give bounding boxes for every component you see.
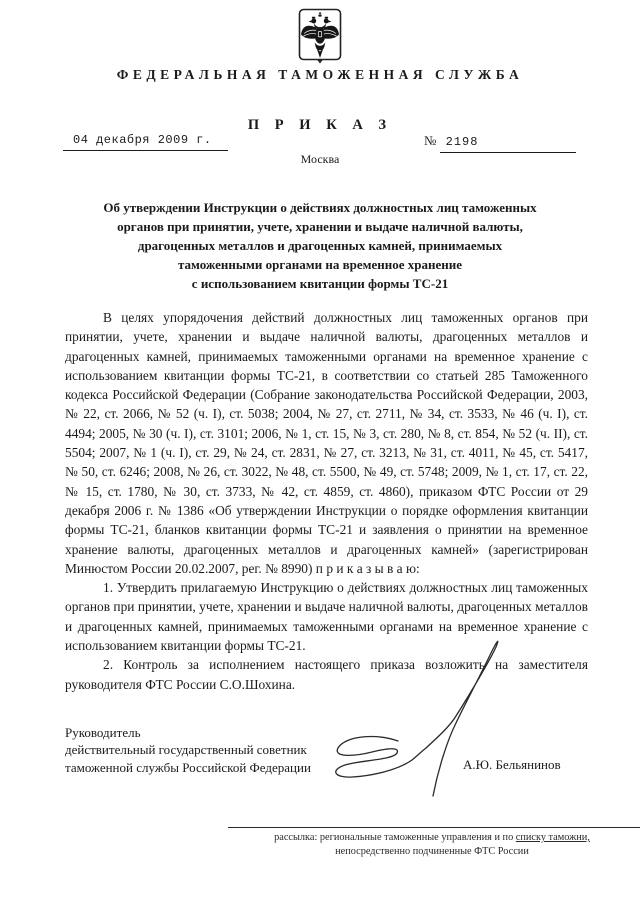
order-date: 04 декабря 2009 г. [63, 133, 228, 151]
coat-of-arms-icon [298, 8, 342, 64]
order-body: В целях упорядочения действий должностны… [65, 308, 588, 694]
city-label: Москва [0, 152, 640, 167]
distribution-note-prefix: рассылка: региональные таможенные управл… [274, 832, 516, 843]
order-number: 2198 [440, 135, 576, 153]
signer-name: А.Ю. Бельянинов [463, 757, 561, 773]
distribution-note-underlined: списку таможни, [516, 832, 590, 843]
number-sign: № [424, 133, 436, 148]
distribution-note: рассылка: региональные таможенные управл… [224, 831, 640, 859]
order-title: Об утверждении Инструкции о действиях до… [60, 198, 580, 293]
preamble-paragraph: В целях упорядочения действий должностны… [65, 308, 588, 578]
footer-divider [228, 827, 640, 828]
order-item-2: 2. Контроль за исполнением настоящего пр… [65, 655, 588, 694]
order-number-field: № 2198 [424, 133, 576, 153]
scanned-order-page: ФЕДЕРАЛЬНАЯ ТАМОЖЕННАЯ СЛУЖБА П Р И К А … [0, 0, 640, 900]
agency-name: ФЕДЕРАЛЬНАЯ ТАМОЖЕННАЯ СЛУЖБА [0, 67, 640, 83]
signer-position-line1: Руководитель [65, 724, 311, 741]
signer-position-line2: действительный государственный советник [65, 741, 311, 758]
signer-position: Руководитель действительный государствен… [65, 724, 311, 776]
order-item-1: 1. Утвердить прилагаемую Инструкцию о де… [65, 578, 588, 655]
document-type-heading: П Р И К А З [0, 117, 640, 134]
distribution-note-line2: непосредственно подчиненные ФТС России [335, 846, 529, 857]
signer-position-line3: таможенной службы Российской Федерации [65, 759, 311, 776]
